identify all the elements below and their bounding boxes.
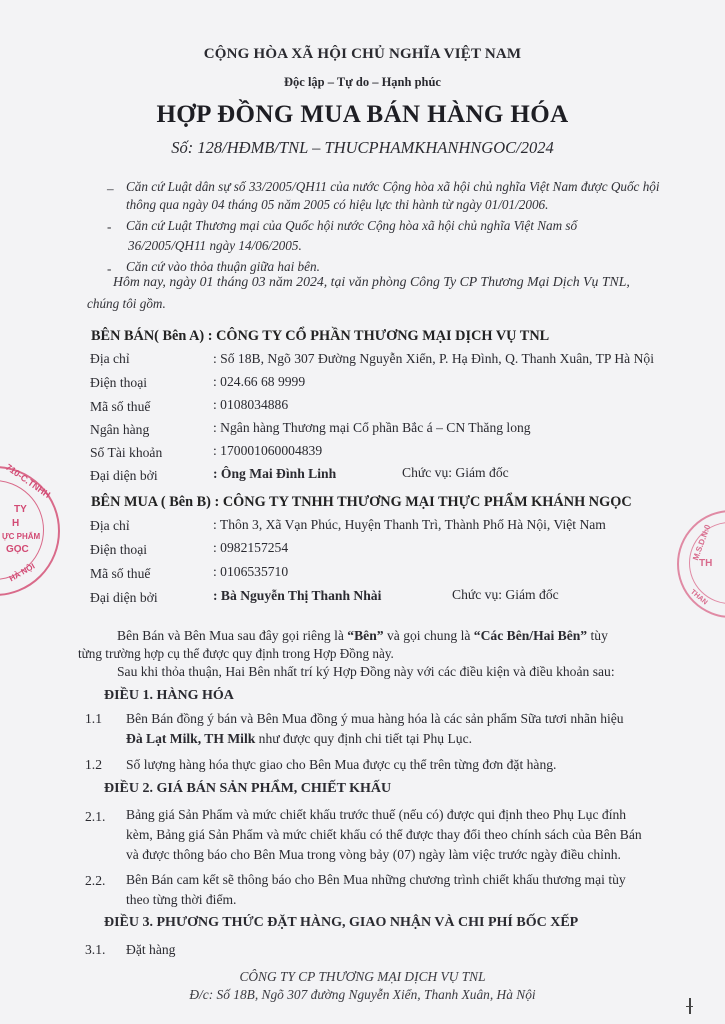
basis-dash: - xyxy=(107,219,111,235)
national-motto: Độc lập – Tự do – Hạnh phúc xyxy=(0,75,725,90)
basis-dash: - xyxy=(107,261,111,277)
seller-tax-value: : 0108034886 xyxy=(213,397,288,413)
clause-number: 2.1. xyxy=(85,809,105,825)
stamp-text: H xyxy=(12,518,19,529)
contract-page: CỘNG HÒA XÃ HỘI CHỦ NGHĨA VIỆT NAM Độc l… xyxy=(0,0,725,1024)
seller-account-value: : 170001060004839 xyxy=(213,443,322,459)
seller-account-label: Số Tài khoản xyxy=(90,445,162,461)
clause-text: và được thông báo cho Bên Mua trong vòng… xyxy=(126,847,621,863)
seller-heading: BÊN BÁN( Bên A) : CÔNG TY CỔ PHẦN THƯƠNG… xyxy=(91,328,549,345)
seller-bank-label: Ngân hàng xyxy=(90,422,149,438)
clause-text: kèm, Bảng giá Sản Phẩm và mức chiết khấu… xyxy=(126,827,642,843)
stamp-text: TY xyxy=(14,504,27,515)
clause-text: Đặt hàng xyxy=(126,942,175,958)
national-title: CỘNG HÒA XÃ HỘI CHỦ NGHĨA VIỆT NAM xyxy=(0,46,725,63)
seller-phone-value: : 024.66 68 9999 xyxy=(213,374,305,390)
definitions-text: Bên Bán và Bên Mua sau đây gọi riêng là xyxy=(117,628,347,643)
buyer-address-value: : Thôn 3, Xã Vạn Phúc, Huyện Thanh Trì, … xyxy=(213,517,606,533)
basis-dash: – xyxy=(107,181,114,197)
basis-line: Căn cứ Luật dân sự số 33/2005/QH11 của n… xyxy=(126,179,660,195)
seller-address-value: : Số 18B, Ngõ 307 Đường Nguyễn Xiển, P. … xyxy=(213,351,654,367)
document-title: HỢP ĐỒNG MUA BÁN HÀNG HÓA xyxy=(0,101,725,129)
clause-number: 1.2 xyxy=(85,757,102,773)
clause-text: Đà Lạt Milk, TH Milk như được quy định c… xyxy=(126,731,472,747)
document-number: Số: 128/HĐMB/TNL – THUCPHAMKHANHNGOC/202… xyxy=(0,138,725,158)
definitions-line2: từng trường hợp cụ thể được quy định tro… xyxy=(78,646,394,662)
definitions-text: và gọi chung là xyxy=(384,628,474,643)
buyer-tax-label: Mã số thuế xyxy=(90,566,150,582)
clause-text: Bên Bán cam kết sẽ thông báo cho Bên Mua… xyxy=(126,872,626,888)
buyer-heading: BÊN MUA ( Bên B) : CÔNG TY TNHH THƯƠNG M… xyxy=(91,494,632,511)
seller-rep-label: Đại diện bởi xyxy=(90,468,158,484)
basis-line: Căn cứ vào thỏa thuận giữa hai bên. xyxy=(126,259,320,275)
stamp-text: TH xyxy=(699,558,712,569)
clause-text: Số lượng hàng hóa thực giao cho Bên Mua … xyxy=(126,757,556,773)
seller-tax-label: Mã số thuế xyxy=(90,399,150,415)
clause-text: Bảng giá Sản Phẩm và mức chiết khấu trướ… xyxy=(126,807,626,823)
term-ben: “Bên” xyxy=(347,628,383,643)
intro-line: chúng tôi gồm. xyxy=(87,296,166,312)
clause-text: Bên Bán đồng ý bán và Bên Mua đồng ý mua… xyxy=(126,711,624,727)
basis-line: 36/2005/QH11 ngày 14/06/2005. xyxy=(128,238,302,254)
stamp-text: GỌC xyxy=(6,544,29,555)
seller-address-label: Địa chỉ xyxy=(90,351,130,367)
footer-company: CÔNG TY CP THƯƠNG MẠI DỊCH VỤ TNL xyxy=(0,969,725,985)
seller-position: Chức vụ: Giám đốc xyxy=(402,465,509,481)
clause-text: theo từng thời điểm. xyxy=(126,892,236,908)
company-stamp-left: 710-C.TNHH TY H ỰC PHẨM GỌC HÀ NỘI xyxy=(0,466,60,596)
stamp-text: ỰC PHẨM xyxy=(2,532,40,541)
clause-number: 1.1 xyxy=(85,711,102,727)
clause-number: 2.2. xyxy=(85,873,105,889)
basis-line: Căn cứ Luật Thương mại của Quốc hội nước… xyxy=(126,218,577,234)
agreement-paragraph: Sau khi thỏa thuận, Hai Bên nhất trí ký … xyxy=(117,664,615,680)
definitions-text: tùy xyxy=(587,628,608,643)
term-cac-ben: “Các Bên/Hai Bên” xyxy=(474,628,587,643)
seller-phone-label: Điện thoại xyxy=(90,375,147,391)
footer-address: Đ/c: Số 18B, Ngõ 307 đường Nguyễn Xiển, … xyxy=(0,987,725,1003)
clause-number: 3.1. xyxy=(85,942,105,958)
buyer-phone-value: : 0982157254 xyxy=(213,540,288,556)
intro-line: Hôm nay, ngày 01 tháng 03 năm 2024, tại … xyxy=(113,274,630,290)
article-3-title: ĐIỀU 3. PHƯƠNG THỨC ĐẶT HÀNG, GIAO NHẬN … xyxy=(104,915,578,931)
buyer-address-label: Địa chỉ xyxy=(90,518,130,534)
buyer-rep-value: : Bà Nguyễn Thị Thanh Nhài xyxy=(213,588,381,604)
buyer-position: Chức vụ: Giám đốc xyxy=(452,587,559,603)
definitions-paragraph: Bên Bán và Bên Mua sau đây gọi riêng là … xyxy=(117,628,608,644)
article-2-title: ĐIỀU 2. GIÁ BÁN SẢN PHẨM, CHIẾT KHẤU xyxy=(104,781,391,797)
company-stamp-right: M.S.D.N:0 TH THAN xyxy=(677,510,725,620)
seller-bank-value: : Ngân hàng Thương mại Cổ phần Bắc á – C… xyxy=(213,420,531,436)
clause-text-tail: như được quy định chi tiết tại Phụ Lục. xyxy=(255,731,472,746)
article-1-title: ĐIỀU 1. HÀNG HÓA xyxy=(104,688,234,704)
page-mark xyxy=(689,998,691,1014)
buyer-tax-value: : 0106535710 xyxy=(213,564,288,580)
product-brands: Đà Lạt Milk, TH Milk xyxy=(126,731,255,746)
seller-rep-value: : Ông Mai Đình Linh xyxy=(213,466,336,482)
buyer-phone-label: Điện thoại xyxy=(90,542,147,558)
buyer-rep-label: Đại diện bởi xyxy=(90,590,158,606)
basis-line: thông qua ngày 04 tháng 05 năm 2005 có h… xyxy=(126,197,548,213)
